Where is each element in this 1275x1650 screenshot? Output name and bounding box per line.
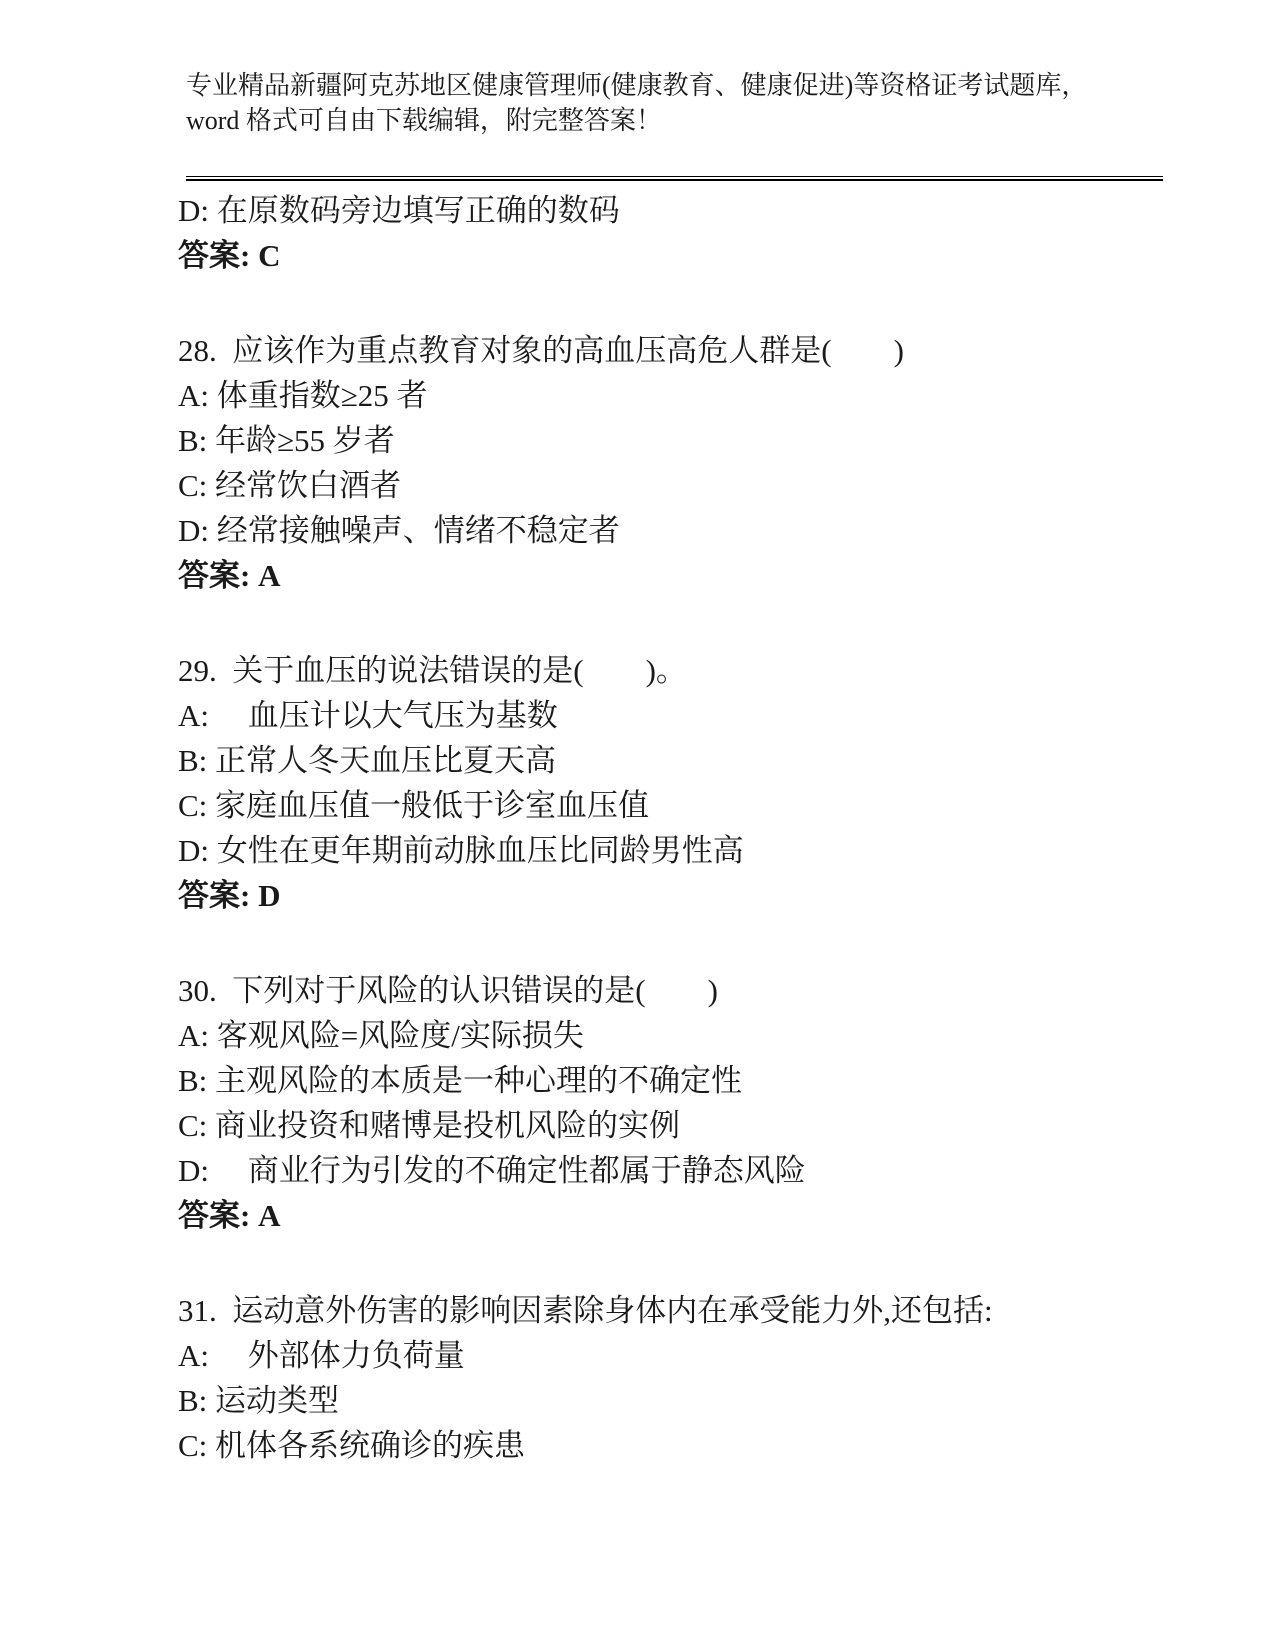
question-30: 30. 下列对于风险的认识错误的是( ) A: 客观风险=风险度/实际损失 B:…: [178, 968, 1163, 1238]
answer-line: 答案: D: [178, 873, 1163, 918]
answer-line: 答案: C: [178, 233, 1163, 278]
question-28: 28. 应该作为重点教育对象的高血压高危人群是( ) A: 体重指数≥25 者 …: [178, 328, 1163, 598]
question-stem: 31. 运动意外伤害的影响因素除身体内在承受能力外,还包括:: [178, 1288, 1163, 1333]
document-header: 专业精品新疆阿克苏地区健康管理师(健康教育、健康促进)等资格证考试题库， wor…: [186, 68, 1166, 138]
option-line: C: 家庭血压值一般低于诊室血压值: [178, 783, 1163, 828]
question-stem: 29. 关于血压的说法错误的是( )。: [178, 648, 1163, 693]
document-body: D: 在原数码旁边填写正确的数码 答案: C 28. 应该作为重点教育对象的高血…: [178, 188, 1163, 1468]
option-line: A: 血压计以大气压为基数: [178, 693, 1163, 738]
question-31: 31. 运动意外伤害的影响因素除身体内在承受能力外,还包括: A: 外部体力负荷…: [178, 1288, 1163, 1468]
option-line: B: 运动类型: [178, 1378, 1163, 1423]
option-line: B: 年龄≥55 岁者: [178, 418, 1163, 463]
option-line: C: 机体各系统确诊的疾患: [178, 1423, 1163, 1468]
option-line: A: 外部体力负荷量: [178, 1333, 1163, 1378]
option-line: A: 客观风险=风险度/实际损失: [178, 1013, 1163, 1058]
header-rule: [186, 176, 1163, 181]
option-line: B: 主观风险的本质是一种心理的不确定性: [178, 1058, 1163, 1103]
option-line: C: 经常饮白酒者: [178, 463, 1163, 508]
option-line: C: 商业投资和赌博是投机风险的实例: [178, 1103, 1163, 1148]
question-27-fragment: D: 在原数码旁边填写正确的数码 答案: C: [178, 188, 1163, 278]
option-line: B: 正常人冬天血压比夏天高: [178, 738, 1163, 783]
answer-line: 答案: A: [178, 553, 1163, 598]
option-line: D: 在原数码旁边填写正确的数码: [178, 188, 1163, 233]
answer-line: 答案: A: [178, 1193, 1163, 1238]
option-line: D: 女性在更年期前动脉血压比同龄男性高: [178, 828, 1163, 873]
question-stem: 28. 应该作为重点教育对象的高血压高危人群是( ): [178, 328, 1163, 373]
option-line: D: 商业行为引发的不确定性都属于静态风险: [178, 1148, 1163, 1193]
document-page: 专业精品新疆阿克苏地区健康管理师(健康教育、健康促进)等资格证考试题库， wor…: [0, 0, 1275, 1650]
question-stem: 30. 下列对于风险的认识错误的是( ): [178, 968, 1163, 1013]
header-line-2: word 格式可自由下载编辑，附完整答案！: [186, 103, 1166, 138]
question-29: 29. 关于血压的说法错误的是( )。 A: 血压计以大气压为基数 B: 正常人…: [178, 648, 1163, 918]
header-line-1: 专业精品新疆阿克苏地区健康管理师(健康教育、健康促进)等资格证考试题库，: [186, 68, 1166, 103]
option-line: A: 体重指数≥25 者: [178, 373, 1163, 418]
option-line: D: 经常接触噪声、情绪不稳定者: [178, 508, 1163, 553]
